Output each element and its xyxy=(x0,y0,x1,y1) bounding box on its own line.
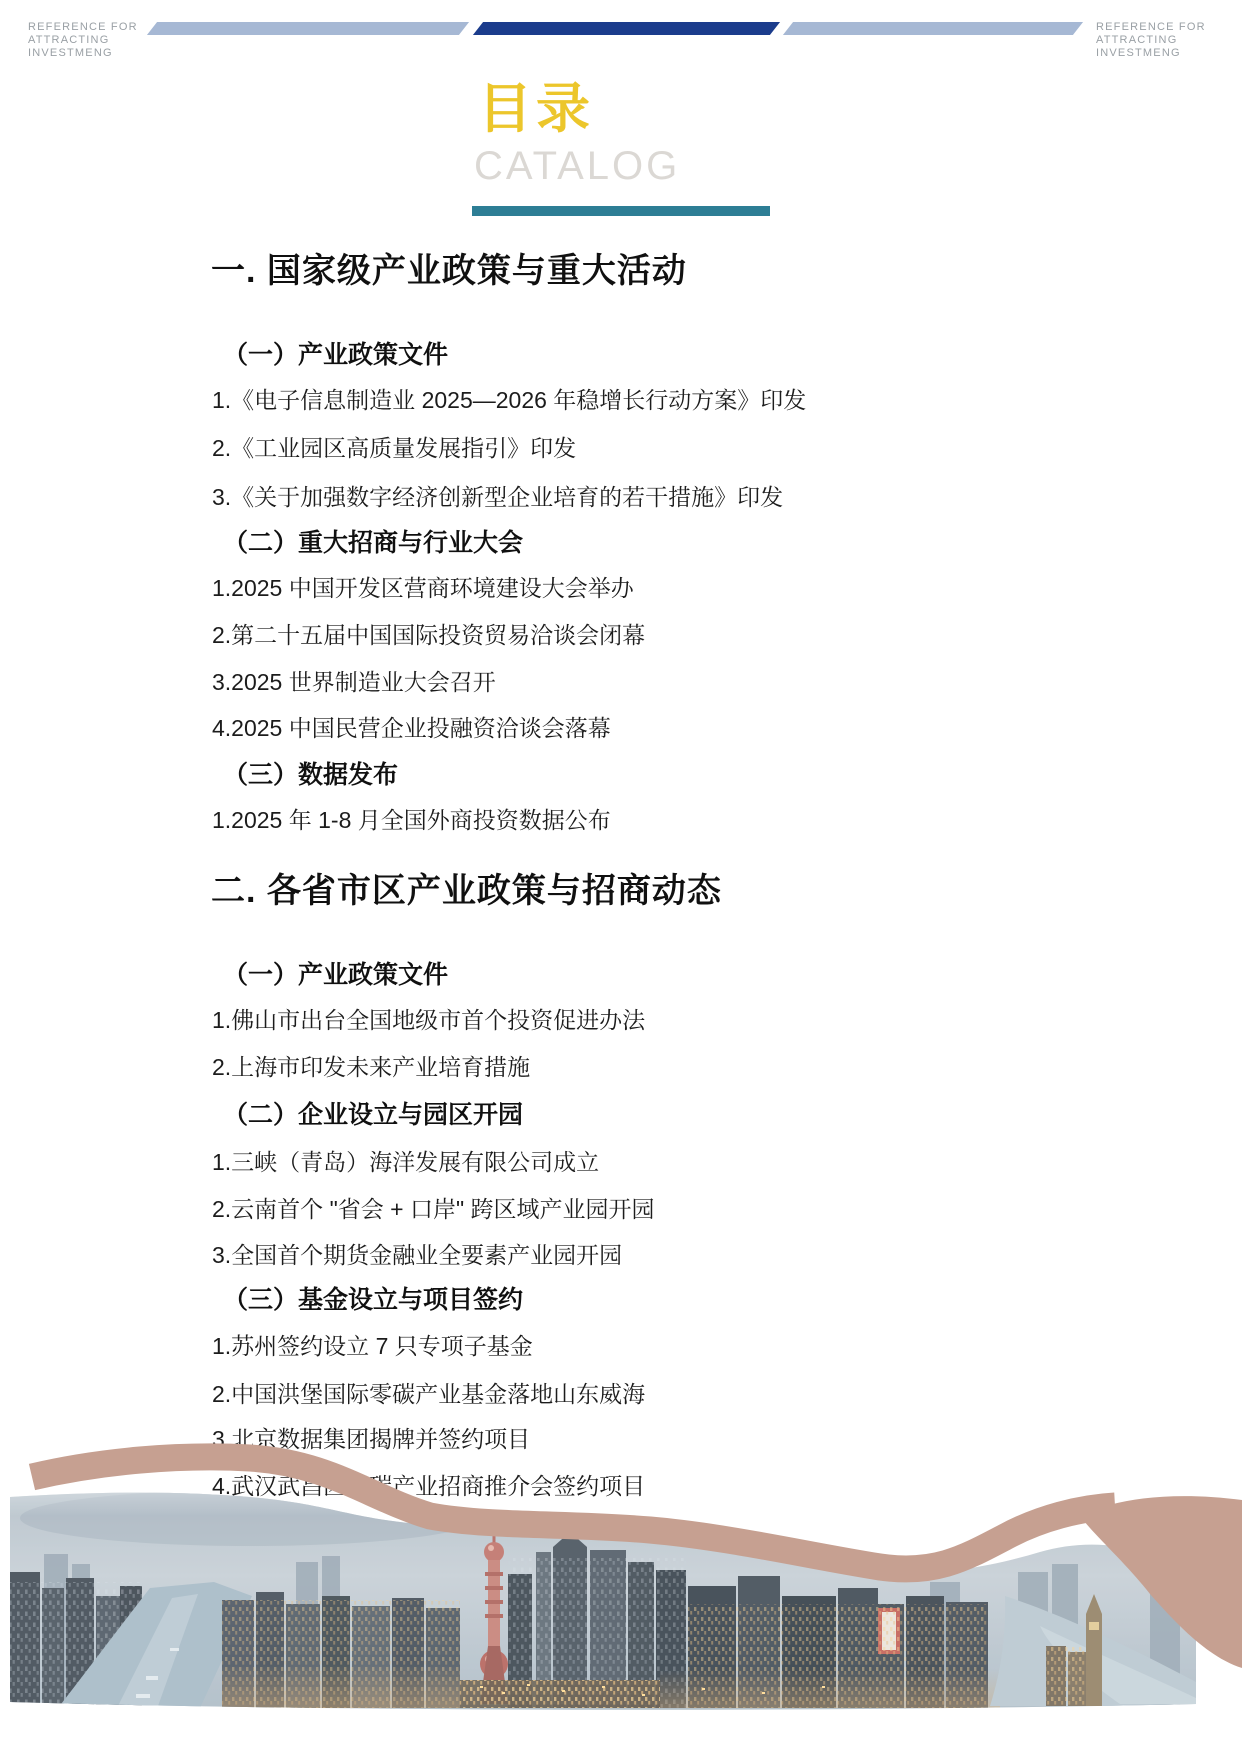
brand-text-left: REFERENCE FORATTRACTINGINVESTMENG xyxy=(28,21,138,60)
header-bar-dark xyxy=(473,22,780,35)
group-label: （一）产业政策文件 xyxy=(223,959,448,991)
toc-item[interactable]: 2.第二十五届中国国际投资贸易洽谈会闭幕 xyxy=(212,620,645,650)
page-title: 目录 xyxy=(478,80,594,138)
toc-item[interactable]: 1.2025 中国开发区营商环境建设大会举办 xyxy=(212,573,634,603)
title-underline xyxy=(472,206,770,216)
brand-line-1: REFERENCE FOR xyxy=(28,21,138,33)
toc-item[interactable]: 3.全国首个期货金融业全要素产业园开园 xyxy=(212,1240,622,1270)
toc-item[interactable]: 4.2025 中国民营企业投融资洽谈会落幕 xyxy=(212,713,611,743)
toc-item[interactable]: 1.2025 年 1-8 月全国外商投资数据公布 xyxy=(212,805,611,835)
toc-item[interactable]: 2.《工业园区高质量发展指引》印发 xyxy=(212,433,576,463)
toc-item[interactable]: 2.云南首个 "省会 + 口岸" 跨区域产业园开园 xyxy=(212,1194,655,1224)
toc-item[interactable]: 1.佛山市出台全国地级市首个投资促进办法 xyxy=(212,1005,645,1035)
page-title-en: CATALOG xyxy=(474,144,680,188)
brand-line-1: REFERENCE FOR xyxy=(1096,21,1206,33)
section-heading-2: 二. 各省市区产业政策与招商动态 xyxy=(211,870,722,912)
group-label: （二）企业设立与园区开园 xyxy=(223,1099,523,1131)
toc-item[interactable]: 1.《电子信息制造业 2025—2026 年稳增长行动方案》印发 xyxy=(212,385,806,415)
toc-item[interactable]: 2.上海市印发未来产业培育措施 xyxy=(212,1052,530,1082)
header-bar-light-right xyxy=(783,22,1083,35)
brand-text-right: REFERENCE FORATTRACTINGINVESTMENG xyxy=(1096,21,1206,60)
toc-item[interactable]: 3.2025 世界制造业大会召开 xyxy=(212,667,496,697)
brand-line-3: INVESTMENG xyxy=(28,47,113,59)
brand-line-2: ATTRACTING xyxy=(28,34,109,46)
brand-line-2: ATTRACTING xyxy=(1096,34,1177,46)
group-label: （二）重大招商与行业大会 xyxy=(223,527,523,559)
brand-line-3: INVESTMENG xyxy=(1096,47,1181,59)
group-label: （三）数据发布 xyxy=(223,759,398,791)
toc-item[interactable]: 1.三峡（青岛）海洋发展有限公司成立 xyxy=(212,1147,599,1177)
footer-artwork xyxy=(0,1346,1242,1746)
group-label: （一）产业政策文件 xyxy=(223,339,448,371)
skyline-photo xyxy=(10,1464,1196,1712)
header-bar-light-left xyxy=(147,22,469,35)
section-heading-1: 一. 国家级产业政策与重大活动 xyxy=(211,250,687,292)
group-label: （三）基金设立与项目签约 xyxy=(223,1284,523,1316)
toc-item[interactable]: 3.《关于加强数字经济创新型企业培育的若干措施》印发 xyxy=(212,482,783,512)
catalog-page: REFERENCE FORATTRACTINGINVESTMENG REFERE… xyxy=(0,0,1242,1746)
